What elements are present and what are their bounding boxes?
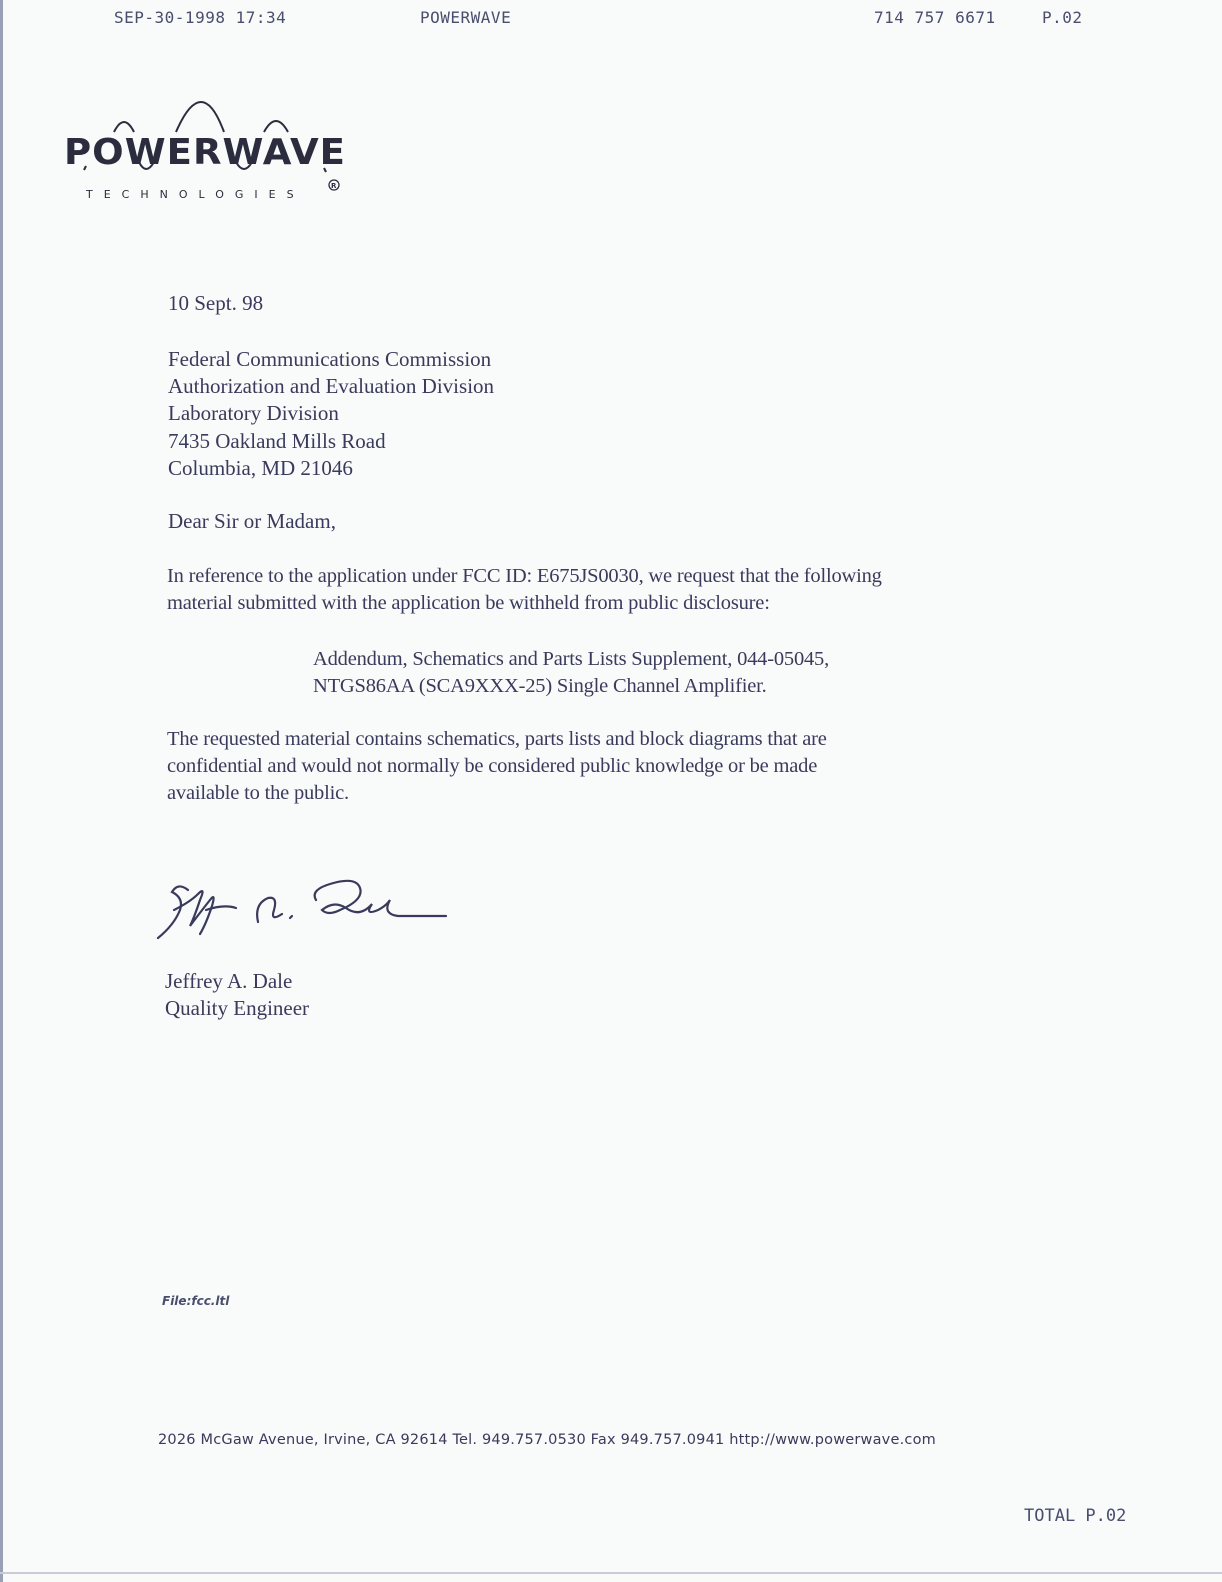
svg-text:R: R (331, 182, 337, 190)
salutation: Dear Sir or Madam, (168, 508, 336, 535)
signer-title: Quality Engineer (165, 995, 309, 1022)
recipient-line: Laboratory Division (168, 400, 339, 427)
powerwave-logo: POWERWAVE TECHNOLOGIES R (64, 92, 354, 207)
signer-name: Jeffrey A. Dale (165, 968, 292, 995)
recipient-line: 7435 Oakland Mills Road (168, 428, 386, 455)
company-address-footer: 2026 McGaw Avenue, Irvine, CA 92614 Tel.… (158, 1432, 936, 1448)
letter-date: 10 Sept. 98 (168, 290, 263, 317)
fax-page: P.02 (1042, 8, 1083, 27)
paragraph-line: available to the public. (167, 780, 349, 807)
svg-text:POWERWAVE: POWERWAVE (64, 132, 346, 173)
paragraph-line: In reference to the application under FC… (167, 563, 882, 590)
signature-icon (150, 870, 460, 950)
item-line: Addendum, Schematics and Parts Lists Sup… (313, 646, 829, 673)
paragraph-line: material submitted with the application … (167, 590, 770, 617)
fax-phone: 714 757 6671 (874, 8, 996, 27)
recipient-line: Federal Communications Commission (168, 346, 491, 373)
file-reference: File:fcc.ltl (162, 1294, 229, 1308)
paragraph-line: The requested material contains schemati… (167, 726, 827, 753)
recipient-line: Columbia, MD 21046 (168, 455, 353, 482)
signature (150, 870, 460, 955)
paragraph-line: confidential and would not normally be c… (167, 753, 817, 780)
fax-datetime: SEP-30-1998 17:34 (114, 8, 286, 27)
item-line: NTGS86AA (SCA9XXX-25) Single Channel Amp… (313, 673, 767, 700)
page-bottom-rule (0, 1572, 1222, 1574)
svg-text:TECHNOLOGIES: TECHNOLOGIES (85, 188, 305, 201)
fax-total-pages: TOTAL P.02 (1024, 1506, 1126, 1526)
scan-edge (0, 0, 3, 1582)
fax-sender: POWERWAVE (420, 8, 511, 27)
wave-logo-icon: POWERWAVE TECHNOLOGIES R (64, 92, 354, 207)
recipient-line: Authorization and Evaluation Division (168, 373, 494, 400)
